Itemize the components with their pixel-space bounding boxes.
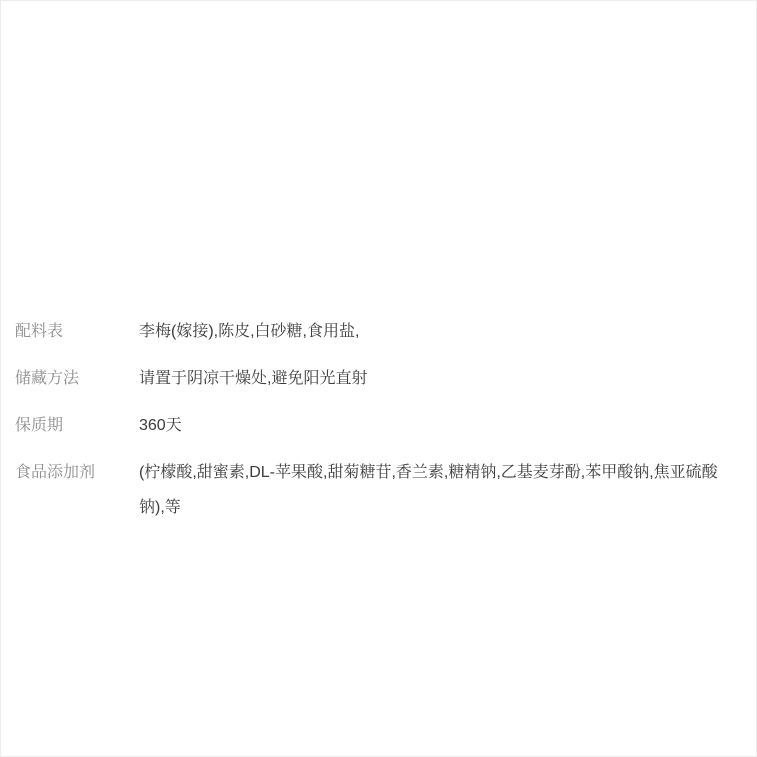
ingredients-label: 配料表 [15, 314, 139, 349]
spec-row-shelf-life: 保质期 360天 [15, 408, 732, 443]
spec-row-ingredients: 配料表 李梅(嫁接),陈皮,白砂糖,食用盐, [15, 314, 732, 349]
spec-row-food-additives: 食品添加剂 (柠檬酸,甜蜜素,DL-苹果酸,甜菊糖苷,香兰素,糖精钠,乙基麦芽酚… [15, 455, 732, 525]
food-additives-label: 食品添加剂 [15, 455, 139, 490]
storage-method-value: 请置于阴凉干燥处,避免阳光直射 [139, 361, 721, 396]
spec-row-storage-method: 储藏方法 请置于阴凉干燥处,避免阳光直射 [15, 361, 732, 396]
ingredients-value: 李梅(嫁接),陈皮,白砂糖,食用盐, [139, 314, 721, 349]
product-spec-list: 配料表 李梅(嫁接),陈皮,白砂糖,食用盐, 储藏方法 请置于阴凉干燥处,避免阳… [15, 314, 732, 537]
food-additives-value: (柠檬酸,甜蜜素,DL-苹果酸,甜菊糖苷,香兰素,糖精钠,乙基麦芽酚,苯甲酸钠,… [139, 455, 721, 525]
shelf-life-value: 360天 [139, 408, 721, 443]
shelf-life-label: 保质期 [15, 408, 139, 443]
product-detail-page: 配料表 李梅(嫁接),陈皮,白砂糖,食用盐, 储藏方法 请置于阴凉干燥处,避免阳… [0, 0, 757, 757]
storage-method-label: 储藏方法 [15, 361, 139, 396]
